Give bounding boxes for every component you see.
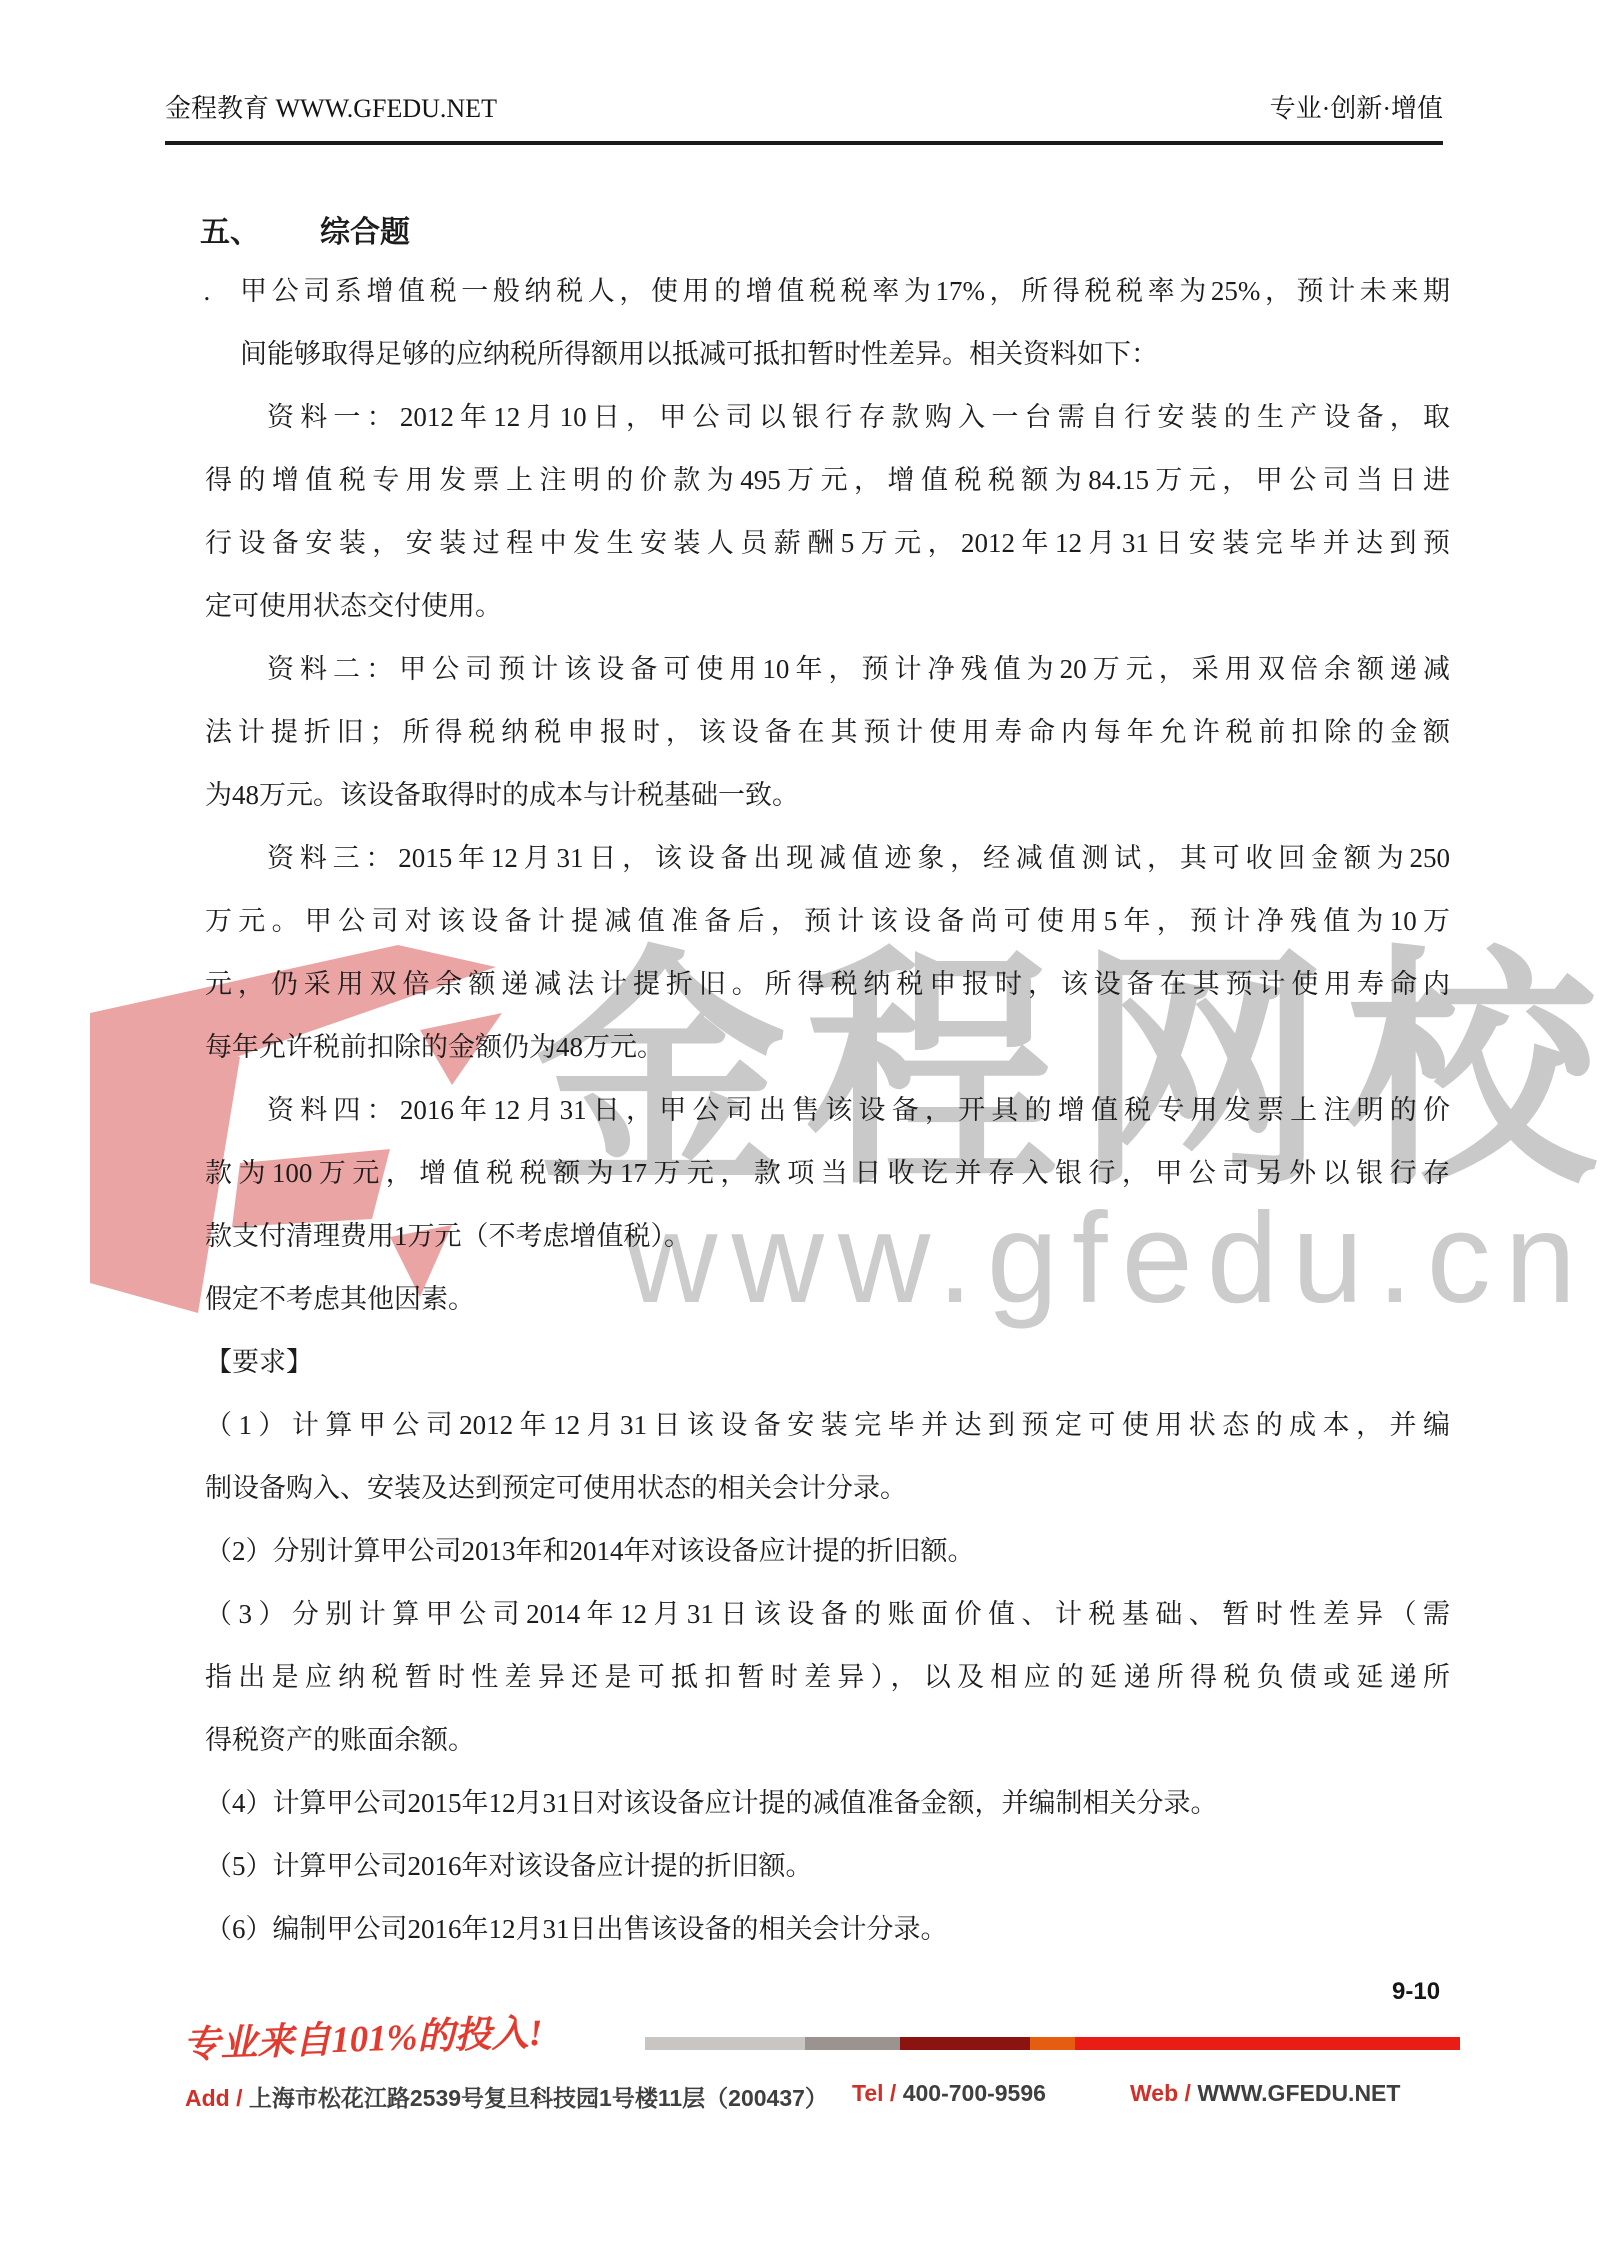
- text-line: 每年允许税前扣除的金额仍为48万元。: [205, 1016, 1450, 1079]
- footer-bar-segment: [645, 2037, 805, 2050]
- text-line: 款支付清理费用1万元（不考虑增值税）。: [205, 1205, 1450, 1268]
- text-line: 资料三：2015年12月31日，该设备出现减值迹象，经减值测试，其可收回金额为2…: [205, 827, 1450, 890]
- page-header: 金程教育 WWW.GFEDU.NET 专业·创新·增值: [165, 88, 1443, 145]
- requirement-line: 指出是应纳税暂时性差异还是可抵扣暂时差异），以及相应的延递所得税负债或延递所: [205, 1646, 1450, 1709]
- text-line-content: 甲公司系增值税一般纳税人，使用的增值税税率为17%，所得税税率为25%，预计未来…: [240, 276, 1450, 306]
- footer-bar-segment: [805, 2037, 900, 2050]
- text-line: 行设备安装，安装过程中发生安装人员薪酬5万元，2012年12月31日安装完毕并达…: [205, 512, 1450, 575]
- text-line: 款为100万元，增值税税额为17万元，款项当日收讫并存入银行，甲公司另外以银行存: [205, 1142, 1450, 1205]
- item-number: 1.: [205, 260, 210, 323]
- text-line: 元，仍采用双倍余额递减法计提折旧。所得税纳税申报时，该设备在其预计使用寿命内: [205, 953, 1450, 1016]
- requirement-line: （6）编制甲公司2016年12月31日出售该设备的相关会计分录。: [205, 1898, 1450, 1961]
- footer-contact-row: Add / 上海市松花江路2539号复旦科技园1号楼11层（200437） Te…: [0, 2080, 1600, 2114]
- footer-color-bar: [645, 2037, 1460, 2050]
- requirement-line: （2）分别计算甲公司2013年和2014年对该设备应计提的折旧额。: [205, 1520, 1450, 1583]
- footer-bar-segment: [1075, 2037, 1460, 2050]
- requirement-line: （1）计算甲公司2012年12月31日该设备安装完毕并达到预定可使用状态的成本，…: [205, 1394, 1450, 1457]
- section-heading: 五、 综合题: [200, 205, 410, 260]
- address-label: Add /: [185, 2085, 243, 2111]
- section-title: 综合题: [320, 205, 410, 260]
- tel-value: 400-700-9596: [903, 2080, 1046, 2106]
- requirement-line: （3）分别计算甲公司2014年12月31日该设备的账面价值、计税基础、暂时性差异…: [205, 1583, 1450, 1646]
- footer-bar-segment: [1030, 2037, 1075, 2050]
- text-line: 法计提折旧；所得税纳税申报时，该设备在其预计使用寿命内每年允许税前扣除的金额: [205, 701, 1450, 764]
- footer-bar-segment: [900, 2037, 1030, 2050]
- text-line: 间能够取得足够的应纳税所得额用以抵减可抵扣暂时性差异。相关资料如下：: [205, 323, 1450, 386]
- requirement-line: （4）计算甲公司2015年12月31日对该设备应计提的减值准备金额，并编制相关分…: [205, 1772, 1450, 1835]
- web-label: Web /: [1130, 2080, 1191, 2106]
- web-value: WWW.GFEDU.NET: [1197, 2080, 1400, 2106]
- text-line: 假定不考虑其他因素。: [205, 1268, 1450, 1331]
- text-line: 资料一：2012年12月10日，甲公司以银行存款购入一台需自行安装的生产设备，取: [205, 386, 1450, 449]
- header-right-motto: 专业·创新·增值: [1270, 88, 1443, 125]
- requirement-line: （5）计算甲公司2016年对该设备应计提的折旧额。: [205, 1835, 1450, 1898]
- footer-tel: Tel / 400-700-9596: [852, 2080, 1046, 2107]
- text-line: 得的增值税专用发票上注明的价款为495万元，增值税税额为84.15万元，甲公司当…: [205, 449, 1450, 512]
- text-line: 1. 甲公司系增值税一般纳税人，使用的增值税税率为17%，所得税税率为25%，预…: [205, 260, 1450, 323]
- question-body: 1. 甲公司系增值税一般纳税人，使用的增值税税率为17%，所得税税率为25%，预…: [205, 260, 1450, 1961]
- address-value: 上海市松花江路2539号复旦科技园1号楼11层（200437）: [249, 2085, 828, 2111]
- text-line: 定可使用状态交付使用。: [205, 575, 1450, 638]
- text-line: 资料二：甲公司预计该设备可使用10年，预计净残值为20万元，采用双倍余额递减: [205, 638, 1450, 701]
- requirement-line: 得税资产的账面余额。: [205, 1709, 1450, 1772]
- footer-address: Add / 上海市松花江路2539号复旦科技园1号楼11层（200437）: [185, 2080, 828, 2113]
- requirements-label: 【要求】: [205, 1331, 1450, 1394]
- section-number: 五、: [200, 205, 260, 260]
- text-line: 为48万元。该设备取得时的成本与计税基础一致。: [205, 764, 1450, 827]
- page-number: 9-10: [1392, 1978, 1440, 2006]
- footer-web: Web / WWW.GFEDU.NET: [1130, 2080, 1400, 2107]
- text-line: 资料四：2016年12月31日，甲公司出售该设备，开具的增值税专用发票上注明的价: [205, 1079, 1450, 1142]
- document-page: 金程网校 www.gfedu.cn 金程教育 WWW.GFEDU.NET 专业·…: [0, 0, 1600, 2263]
- header-left-brand: 金程教育 WWW.GFEDU.NET: [165, 88, 497, 125]
- text-line: 万元。甲公司对该设备计提减值准备后，预计该设备尚可使用5年，预计净残值为10万: [205, 890, 1450, 953]
- tel-label: Tel /: [852, 2080, 896, 2106]
- requirement-line: 制设备购入、安装及达到预定可使用状态的相关会计分录。: [205, 1457, 1450, 1520]
